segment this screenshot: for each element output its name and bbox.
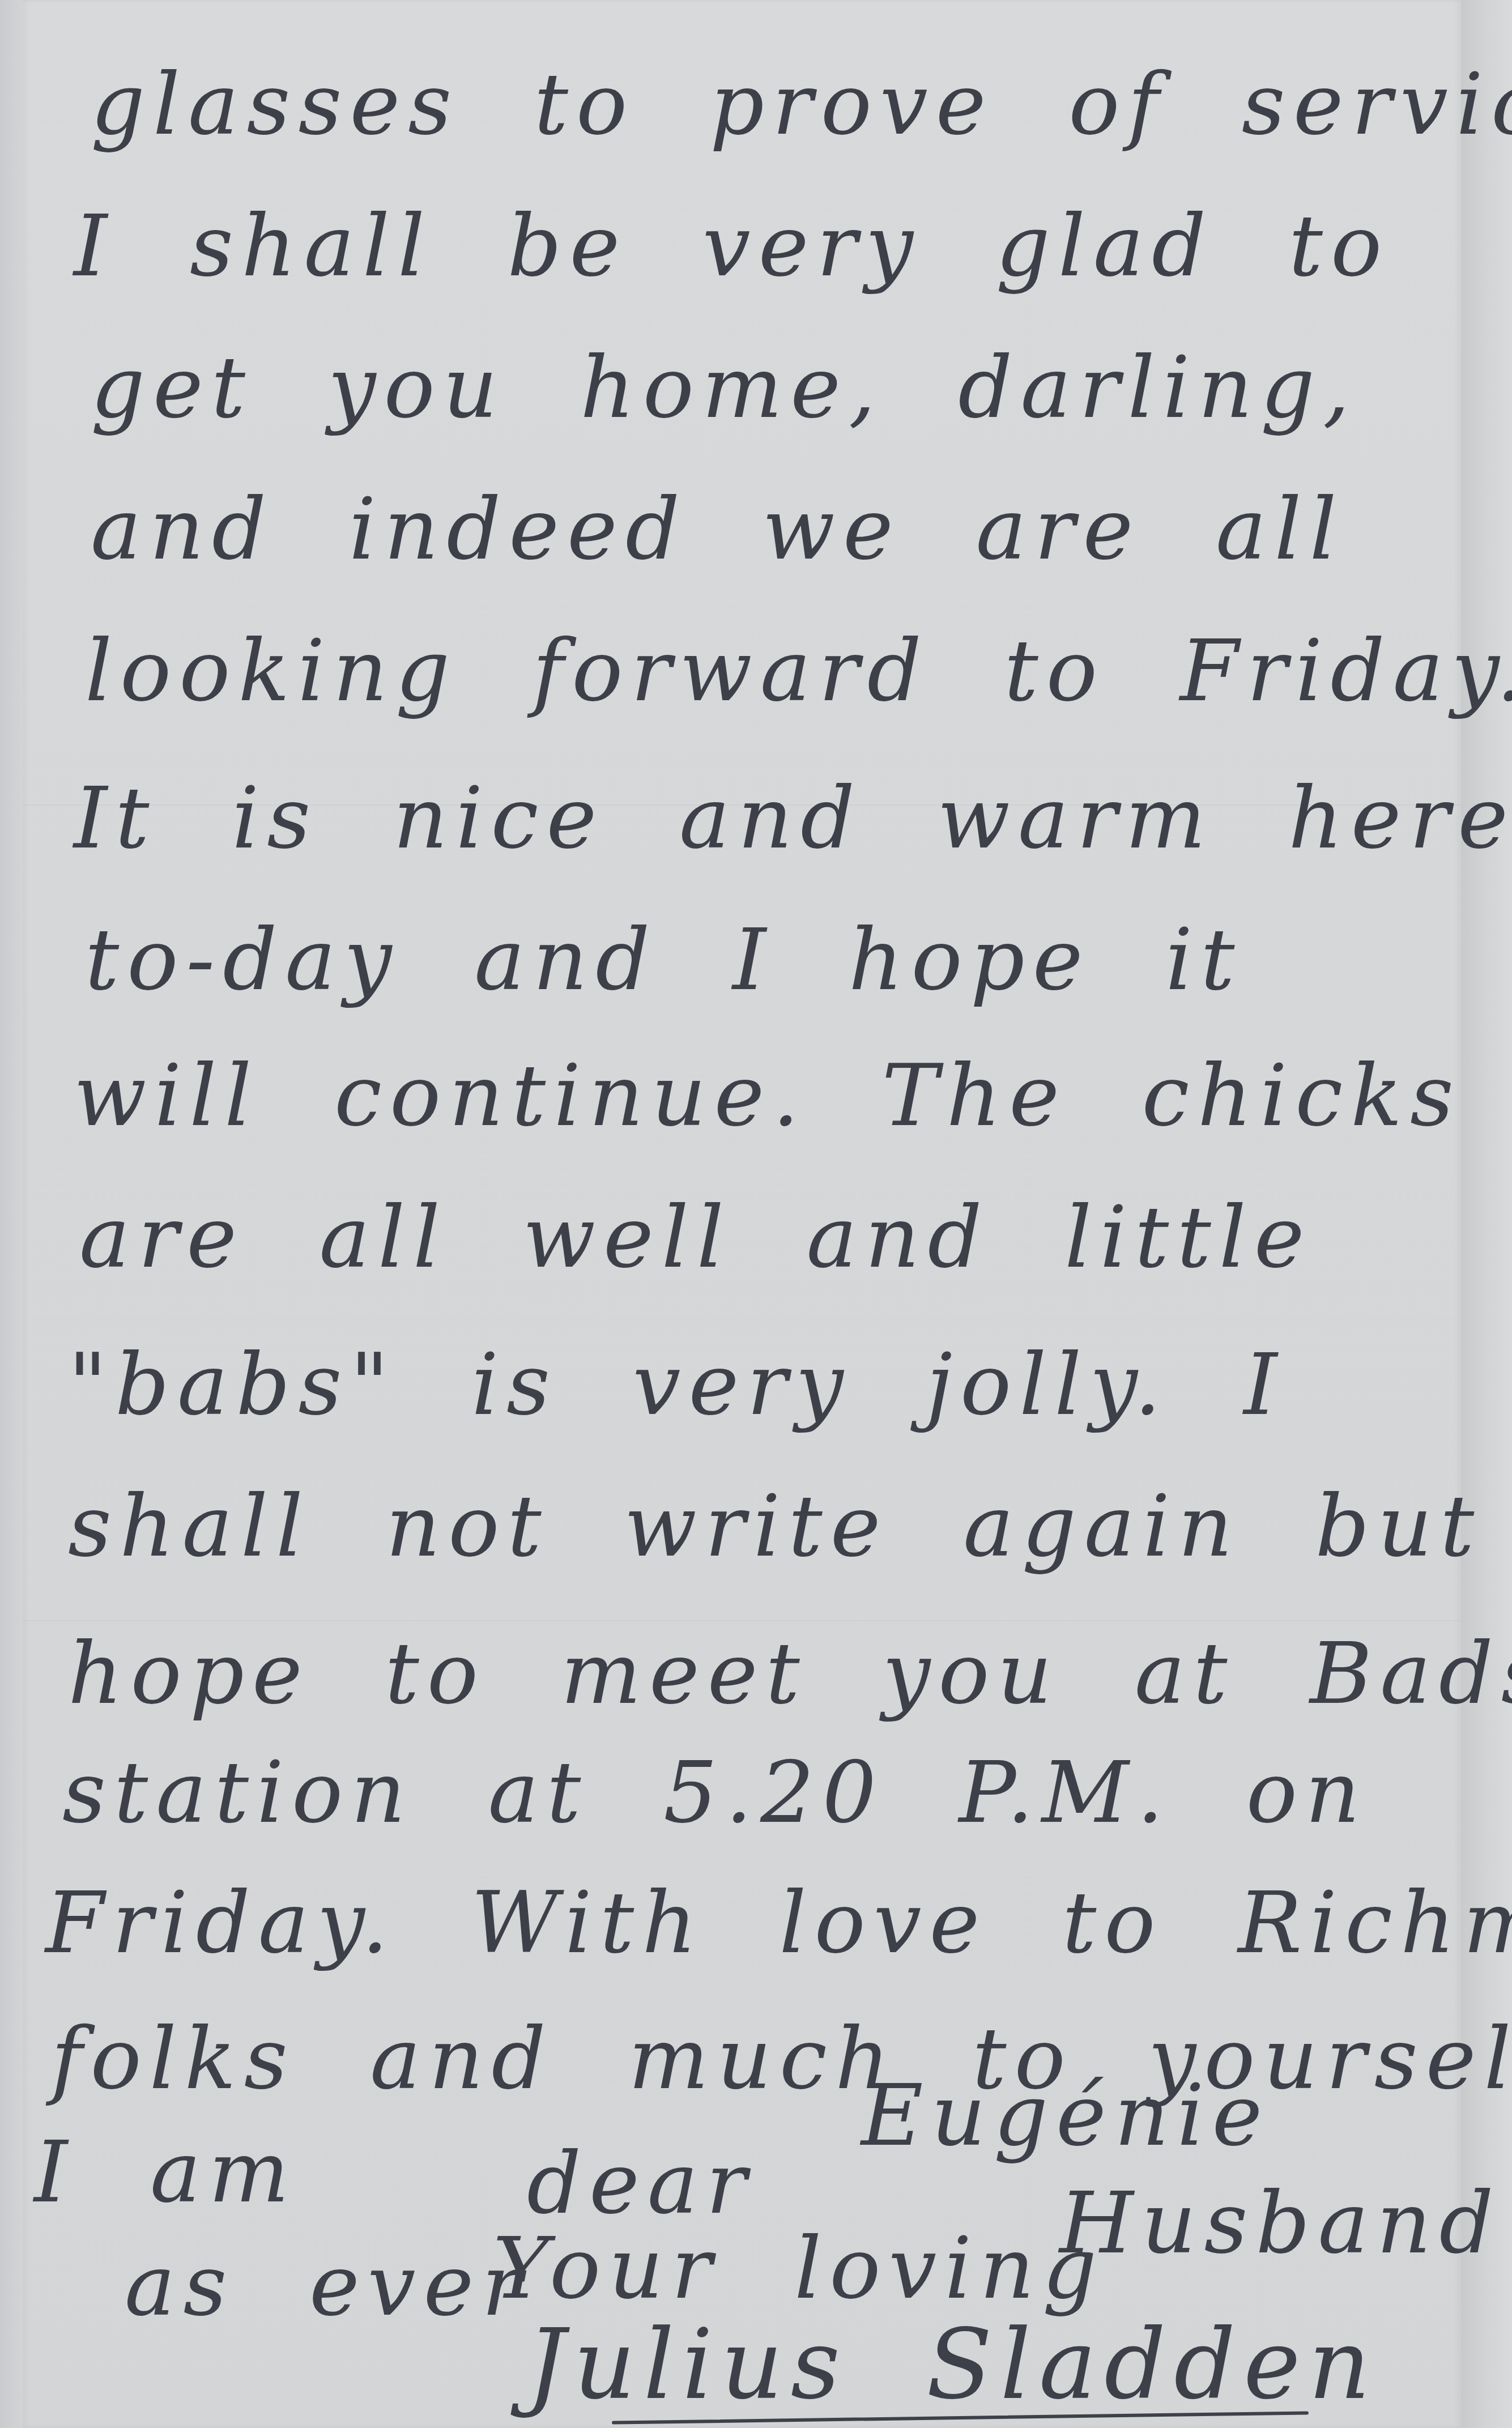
letter-line: will continue. The chicks	[74, 1054, 1462, 1139]
letter-line: hope to meet you at Badsey	[68, 1632, 1512, 1716]
letter-sheet: glasses to prove of service. I shall be …	[23, 0, 1461, 2428]
letter-line: shall not write again but	[68, 1484, 1482, 1569]
letter-line: station at 5.20 P.M. on	[62, 1750, 1368, 1835]
signature: Julius Sladden	[527, 2317, 1378, 2413]
closing-your-loving: Your loving	[493, 2226, 1105, 2311]
closing-husband: Husband	[1059, 2181, 1501, 2266]
letter-line: get you home, darling,	[91, 346, 1358, 431]
closing-as-ever: as ever	[125, 2243, 530, 2328]
letter-line: Friday. With love to Richmond	[45, 1881, 1512, 1966]
paper-fold	[23, 1620, 1461, 1621]
letter-line: and indeed we are all	[91, 487, 1344, 572]
letter-line: are all well and little	[79, 1195, 1312, 1280]
closing-dear: dear	[527, 2141, 755, 2226]
letter-line: looking forward to Friday.	[85, 629, 1512, 714]
closing-i-am: I am	[34, 2130, 297, 2215]
backdrop-left	[0, 0, 23, 2428]
letter-line: to-day and I hope it	[85, 918, 1242, 1003]
letter-line: I shall be very glad to	[74, 204, 1390, 289]
letter-line: It is nice and warm here	[74, 776, 1512, 861]
letter-line: folks and much to yourself	[51, 2017, 1512, 2102]
letter-line: glasses to prove of service.	[91, 62, 1512, 147]
letter-line: "babs" is very jolly. I	[68, 1343, 1285, 1428]
closing-name: Eugénie	[861, 2073, 1270, 2158]
